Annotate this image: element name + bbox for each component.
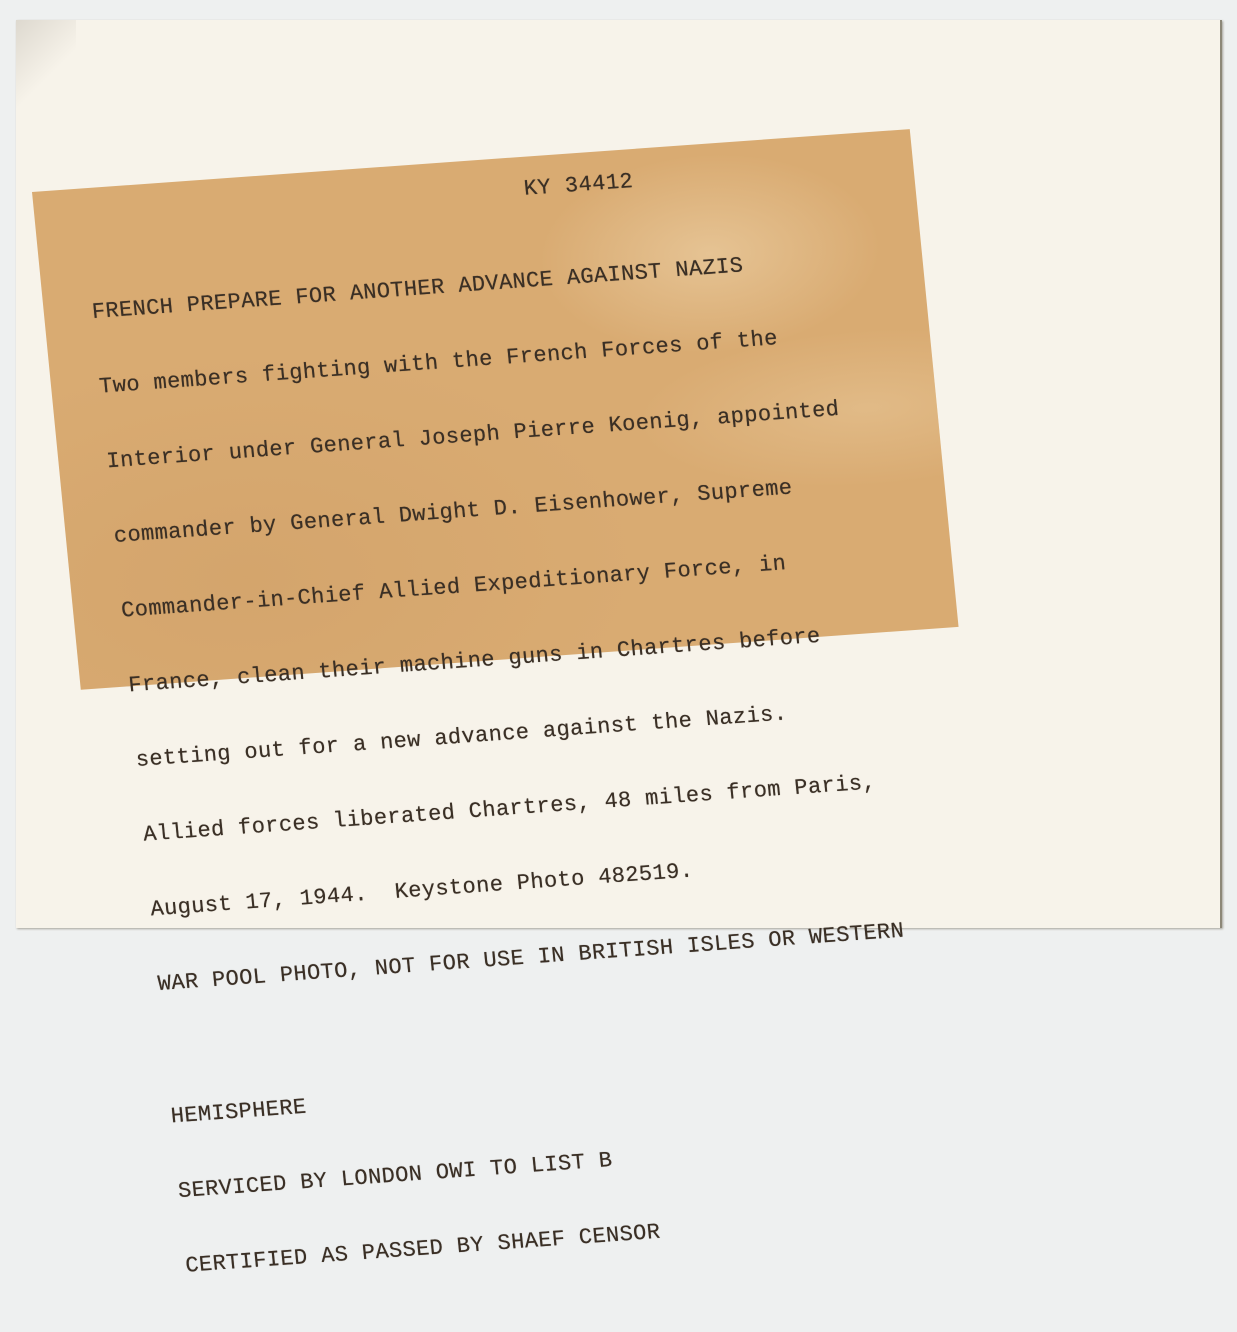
headline: FRENCH PREPARE FOR ANOTHER ADVANCE AGAIN… [91,247,840,325]
body-line: August 17, 1944. Keystone Photo 482519. [149,844,898,922]
restriction-line: WAR POOL PHOTO, NOT FOR USE IN BRITISH I… [157,919,906,943]
body-line: France, clean their machine guns in Char… [127,620,876,698]
body-line: Interior under General Joseph Pierre Koe… [105,396,854,474]
caption-text: FRENCH PREPARE FOR ANOTHER ADVANCE AGAIN… [86,197,938,943]
body-line: setting out for a new advance against th… [135,695,884,773]
reference-number: KY 34412 [523,169,635,202]
photo-back-sheet: KY 34412 FRENCH PREPARE FOR ANOTHER ADVA… [16,20,1222,928]
body-line: Allied forces liberated Chartres, 48 mil… [142,769,891,847]
body-line: Two members fighting with the French For… [98,321,847,399]
caption-label: KY 34412 FRENCH PREPARE FOR ANOTHER ADVA… [32,129,959,690]
body-line: Commander-in-Chief Allied Expeditionary … [120,545,869,623]
body-line: commander by General Dwight D. Eisenhowe… [113,471,862,549]
